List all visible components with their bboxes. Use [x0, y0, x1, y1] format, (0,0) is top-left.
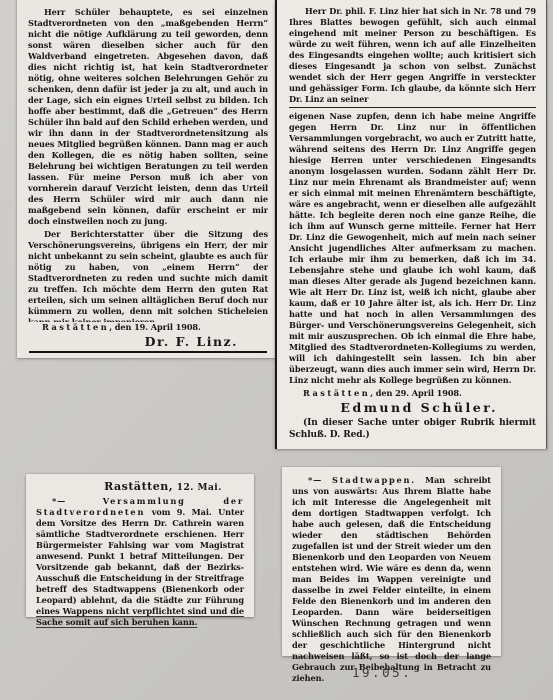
clipping-town-arms-letter: *— Stadtwappen. Man schreibt uns von aus…	[282, 467, 501, 656]
linz-closing-rule	[29, 351, 267, 353]
council-headline-place: Rastätten,	[104, 480, 173, 493]
council-report-paragraph: *— Versammlung der Stadtverordneten vom …	[36, 496, 244, 628]
typed-date-annotation: 19.05.	[352, 665, 412, 680]
schueler-paragraph-1: Herr Dr. phil. F. Linz hier hat sich in …	[289, 6, 536, 105]
town-arms-lead-mark: *—	[308, 475, 332, 485]
editorial-note: (In dieser Sache unter obiger Rubrik hie…	[289, 417, 536, 441]
linz-paragraph-2: Der Berichterstatter über die Sitzung de…	[28, 229, 268, 322]
clipping-linz-body: Herr Schüler behauptete, es sei einzelne…	[28, 7, 268, 322]
linz-dateline-place: Rastätten	[42, 322, 109, 332]
linz-dateline-date: , den 19. April 1908.	[109, 322, 201, 332]
linz-dateline: Rastätten, den 19. April 1908.	[28, 322, 268, 333]
schueler-dateline-place: Rastätten	[303, 388, 370, 398]
council-body-text: vom 9. Mai. Unter dem Vorsitze des Herrn…	[36, 507, 244, 605]
clipping-schueler-foot: Rastätten, den 29. April 1908. Edmund Sc…	[289, 388, 536, 443]
town-arms-lead-title: Stadtwappen.	[332, 475, 416, 485]
council-report-headline: Rastätten, 12. Mai.	[36, 481, 244, 494]
town-arms-paragraph: *— Stadtwappen. Man schreibt uns von aus…	[292, 475, 491, 684]
town-arms-body-text: Man schreibt uns von auswärts: Aus Ihrem…	[292, 475, 491, 683]
schueler-dateline-date: , den 29. April 1908.	[370, 388, 462, 398]
clipping-linz-reply: Herr Schüler behauptete, es sei einzelne…	[17, 0, 279, 358]
council-underlined-text: eines Wappens nicht verpflichtet sind un…	[36, 606, 244, 627]
clipping-linz-foot: Rastätten, den 19. April 1908. Dr. F. Li…	[28, 322, 268, 353]
clipping-schueler-body: Herr Dr. phil. F. Linz hier hat sich in …	[289, 6, 536, 388]
linz-paragraph-1: Herr Schüler behauptete, es sei einzelne…	[28, 7, 268, 227]
council-lead-mark: *—	[52, 496, 103, 506]
clipping-schueler-reply: Herr Dr. phil. F. Linz hier hat sich in …	[275, 0, 547, 449]
column-cut-rule	[289, 107, 536, 108]
schueler-dateline: Rastätten, den 29. April 1908.	[289, 388, 536, 399]
schueler-paragraph-2: eigenen Nase zupfen, denn ich habe meine…	[289, 111, 536, 386]
clipping-council-report: Rastätten, 12. Mai. *— Versammlung der S…	[26, 474, 254, 617]
schueler-signature: Edmund Schüler.	[289, 401, 536, 415]
scan-page: Herr Schüler behauptete, es sei einzelne…	[0, 0, 553, 700]
linz-signature: Dr. F. Linz.	[28, 335, 268, 349]
council-headline-date: 12. Mai.	[173, 483, 222, 493]
